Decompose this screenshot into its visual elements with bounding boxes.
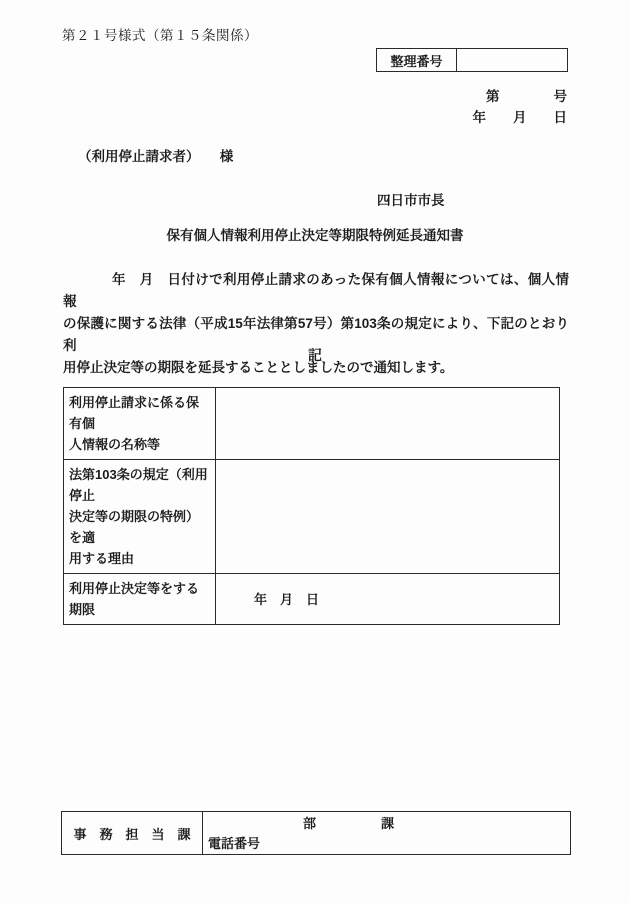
row-value-deadline: 年 月 日 (216, 574, 560, 625)
contact-section-box: 事 務 担 当 課 部 課 電話番号 (61, 811, 571, 855)
row-label-article103-reason: 法第103条の規定（利用停止 決定等の期限の特例）を適 用する理由 (64, 460, 216, 574)
table-row: 利用停止請求に係る保有個 人情報の名称等 (64, 388, 560, 460)
reference-number-label: 整理番号 (377, 49, 457, 71)
row-value-article103-reason (216, 460, 560, 574)
record-marker: 記 (0, 345, 630, 365)
document-number-line: 第 号 (486, 85, 567, 105)
details-table: 利用停止請求に係る保有個 人情報の名称等 法第103条の規定（利用停止 決定等の… (63, 387, 560, 625)
department-line: 部 課 (203, 814, 570, 834)
contact-details: 部 課 電話番号 (203, 812, 570, 854)
reference-number-value (457, 49, 567, 71)
phone-number-label: 電話番号 (203, 834, 570, 854)
document-title: 保有個人情報利用停止決定等期限特例延長通知書 (0, 224, 630, 244)
row-value-personal-info-name (216, 388, 560, 460)
row-label-personal-info-name: 利用停止請求に係る保有個 人情報の名称等 (64, 388, 216, 460)
row-label-deadline: 利用停止決定等をする期限 (64, 574, 216, 625)
document-page: 第２１号様式（第１５条関係） 整理番号 第 号 年 月 日 （利用停止請求者） … (0, 0, 630, 903)
contact-section-label: 事 務 担 当 課 (62, 812, 203, 854)
form-number: 第２１号様式（第１５条関係） (62, 24, 258, 44)
sender-mayor: 四日市市長 (377, 189, 445, 209)
recipient-line: （利用停止請求者） 様 (78, 145, 233, 165)
table-row: 利用停止決定等をする期限 年 月 日 (64, 574, 560, 625)
table-row: 法第103条の規定（利用停止 決定等の期限の特例）を適 用する理由 (64, 460, 560, 574)
reference-number-box: 整理番号 (376, 48, 568, 72)
date-line: 年 月 日 (473, 106, 568, 126)
